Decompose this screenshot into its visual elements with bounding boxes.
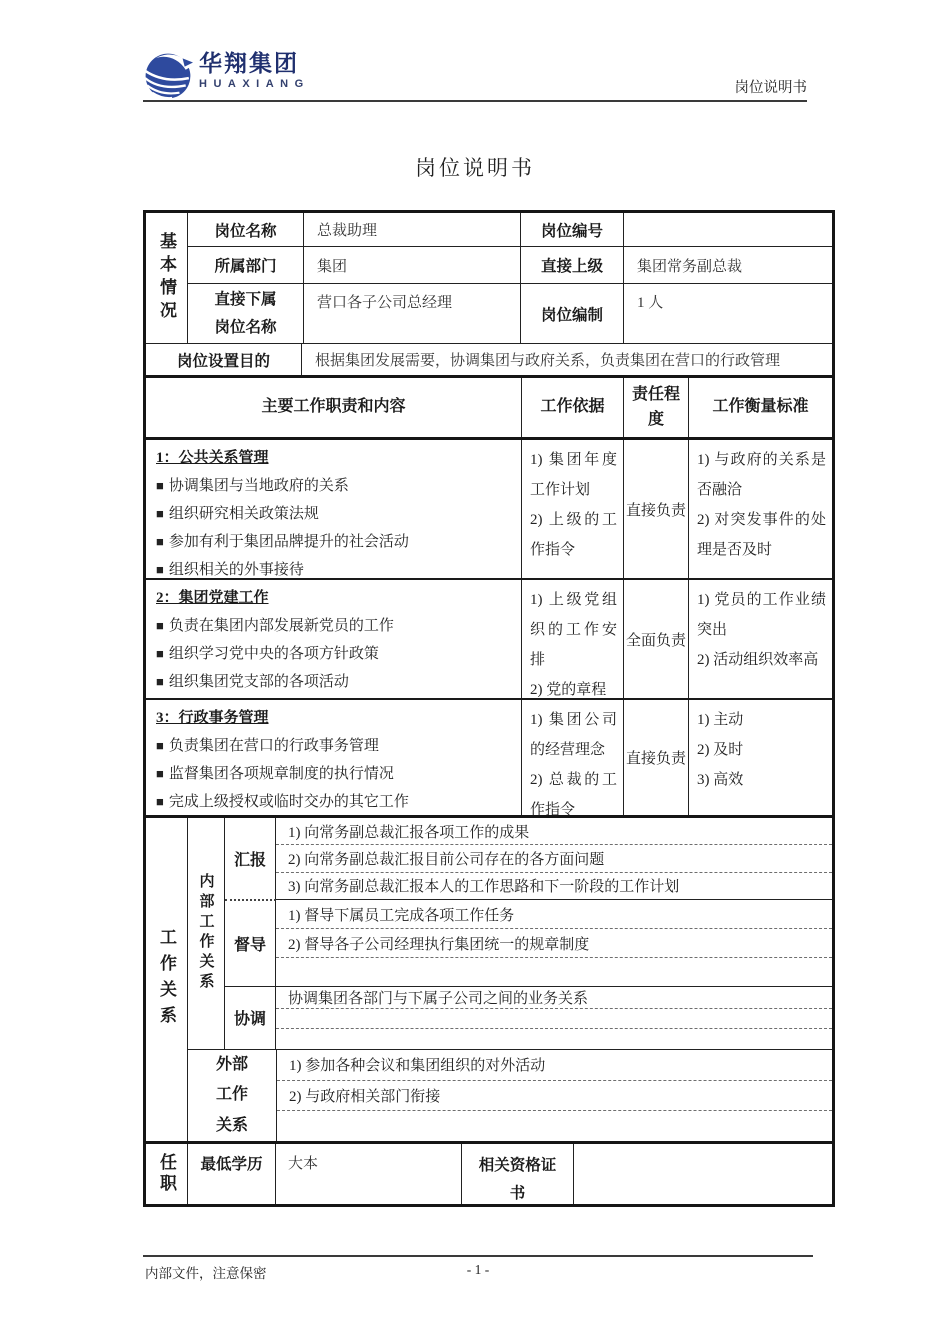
duty-item-text: 负责在集团内部发展新党员的工作	[169, 618, 394, 634]
basis-item: 2) 党的章程	[530, 675, 617, 698]
document-page: 华翔集团 HUAXIANG 岗位说明书 岗位说明书 基本情况 岗位名称 总裁助理…	[0, 0, 950, 1344]
report-group-label: 汇报	[225, 818, 276, 899]
qualification-label: 任职	[154, 1153, 179, 1195]
work-relations-label: 工作关系	[154, 928, 179, 1032]
work-relations-body: 内部工作关系 汇报 1) 向常务副总裁汇报各项工作的成果 2) 向常务副总裁汇报…	[188, 818, 832, 1141]
duty-item-text: 组织研究相关政策法规	[169, 506, 319, 522]
job-code-value	[623, 213, 832, 246]
external-relations-label: 外部工作关系	[213, 1050, 251, 1141]
bullet-icon: ■	[156, 766, 164, 781]
duty-responsibility-cell: 全面负责	[623, 580, 688, 698]
job-title-label: 岗位名称	[188, 213, 303, 246]
page-title: 岗位说明书	[0, 152, 950, 182]
job-description-table: 基本情况 岗位名称 总裁助理 岗位编号 所属部门 集团 直接上级 集团常务副总裁	[143, 210, 835, 1207]
purpose-row: 岗位设置目的 根据集团发展需要，协调集团与政府关系，负责集团在营口的行政管理	[146, 343, 832, 375]
department-value: 集团	[303, 247, 520, 283]
duty-item-text: 监督集团各项规章制度的执行情况	[169, 766, 394, 782]
standard-item: 2) 对突发事件的处理是否及时	[697, 505, 826, 565]
supervise-group-items: 1) 督导下属员工完成各项工作任务 2) 督导各子公司经理执行集团统一的规章制度	[276, 899, 832, 986]
external-relations-block: 外部工作关系 1) 参加各种会议和集团组织的对外活动 2) 与政府相关部门衔接	[188, 1049, 832, 1141]
bullet-icon: ■	[156, 646, 164, 661]
coordinate-group-items: 协调集团各部门与下属子公司之间的业务关系	[276, 986, 832, 1049]
coordinate-group-label: 协调	[225, 986, 276, 1049]
bullet-icon: ■	[156, 478, 164, 493]
duty-item: ■组织相关的外事接待	[156, 556, 511, 578]
bullet-icon: ■	[156, 562, 164, 577]
relation-item	[276, 957, 832, 986]
relation-item: 3) 向常务副总裁汇报本人的工作思路和下一阶段的工作计划	[276, 872, 832, 899]
basis-item: 1) 集团年度工作计划	[530, 445, 617, 505]
relation-group-supervise: 督导 1) 督导下属员工完成各项工作任务 2) 督导各子公司经理执行集团统一的规…	[225, 899, 832, 986]
relation-item: 2) 督导各子公司经理执行集团统一的规章制度	[276, 928, 832, 957]
standard-item: 3) 高效	[697, 765, 826, 795]
standard-item: 2) 及时	[697, 735, 826, 765]
bullet-icon: ■	[156, 534, 164, 549]
duty-item-text: 负责集团在营口的行政事务管理	[169, 738, 379, 754]
certificate-label: 相关资格证书	[461, 1144, 573, 1204]
work-relations-section: 工作关系 内部工作关系 汇报 1) 向常务副总裁汇报各项工作的成果 2) 向常务…	[146, 815, 832, 1141]
duties-standard-header: 工作衡量标准	[688, 378, 832, 437]
duty-item: ■组织研究相关政策法规	[156, 500, 511, 528]
relation-item	[276, 1028, 832, 1048]
supervisor-value: 集团常务副总裁	[623, 247, 832, 283]
relation-item	[276, 1008, 832, 1028]
headcount-label: 岗位编制	[520, 284, 623, 343]
duty-standard-cell: 1) 主动 2) 及时 3) 高效	[688, 700, 832, 815]
duty-item: ■协调集团与当地政府的关系	[156, 472, 511, 500]
purpose-label: 岗位设置目的	[146, 344, 301, 375]
subordinates-value: 营口各子公司总经理	[303, 284, 520, 343]
work-relations-label-cell: 工作关系	[146, 818, 188, 1141]
duties-responsibility-header: 责任程度	[623, 378, 688, 437]
duty-basis-cell: 1) 集团年度工作计划 2) 上级的工作指令	[521, 440, 623, 578]
bullet-icon: ■	[156, 738, 164, 753]
duty-standard-cell: 1) 与政府的关系是否融洽 2) 对突发事件的处理是否及时	[688, 440, 832, 578]
report-group-items: 1) 向常务副总裁汇报各项工作的成果 2) 向常务副总裁汇报目前公司存在的各方面…	[276, 818, 832, 899]
basic-info-section: 基本情况 岗位名称 总裁助理 岗位编号 所属部门 集团 直接上级 集团常务副总裁	[146, 213, 832, 343]
bullet-icon: ■	[156, 794, 164, 809]
duties-content-header: 主要工作职责和内容	[146, 378, 521, 437]
duty-item: ■负责在集团内部发展新党员的工作	[156, 612, 511, 640]
duty-section-title: 3：行政事务管理	[156, 704, 511, 732]
duty-section-2: 2：集团党建工作 ■负责在集团内部发展新党员的工作 ■组织学习党中央的各项方针政…	[146, 578, 832, 698]
duty-item-text: 协调集团与当地政府的关系	[169, 478, 349, 494]
duty-responsibility-cell: 直接负责	[623, 700, 688, 815]
relation-item: 2) 与政府相关部门衔接	[277, 1080, 832, 1111]
logo-chinese-name: 华翔集团	[199, 50, 310, 76]
duty-section-title: 1：公共关系管理	[156, 444, 511, 472]
bullet-icon: ■	[156, 506, 164, 521]
duties-header-row: 主要工作职责和内容 工作依据 责任程度 工作衡量标准	[146, 375, 832, 437]
supervisor-label: 直接上级	[520, 247, 623, 283]
duty-basis-cell: 1) 集团公司的经营理念 2) 总裁的工作指令	[521, 700, 623, 815]
purpose-value: 根据集团发展需要，协调集团与政府关系，负责集团在营口的行政管理	[301, 344, 832, 375]
header-rule	[143, 100, 807, 102]
duty-content-cell: 3：行政事务管理 ■负责集团在营口的行政事务管理 ■监督集团各项规章制度的执行情…	[146, 700, 521, 815]
duty-content-cell: 1：公共关系管理 ■协调集团与当地政府的关系 ■组织研究相关政策法规 ■参加有利…	[146, 440, 521, 578]
qualification-section: 任职 最低学历 大本 相关资格证书	[146, 1141, 832, 1204]
relation-groups: 汇报 1) 向常务副总裁汇报各项工作的成果 2) 向常务副总裁汇报目前公司存在的…	[225, 818, 832, 1049]
standard-item: 1) 主动	[697, 705, 826, 735]
basic-info-section-label-cell: 基本情况	[146, 213, 188, 343]
basis-item: 2) 上级的工作指令	[530, 505, 617, 565]
basis-item: 1) 集团公司的经营理念	[530, 705, 617, 765]
relation-item: 1) 向常务副总裁汇报各项工作的成果	[276, 818, 832, 844]
basic-info-section-label: 基本情况	[154, 232, 179, 324]
basis-item: 1) 上级党组织的工作安排	[530, 585, 617, 675]
duty-standard-cell: 1) 党员的工作业绩突出 2) 活动组织效率高	[688, 580, 832, 698]
table-row: 岗位名称 总裁助理 岗位编号	[188, 213, 832, 246]
duty-item-text: 组织相关的外事接待	[169, 562, 304, 578]
bullet-icon: ■	[156, 674, 164, 689]
standard-item: 2) 活动组织效率高	[697, 645, 826, 675]
external-relations-label-cell: 外部工作关系	[188, 1050, 277, 1141]
duty-basis-cell: 1) 上级党组织的工作安排 2) 党的章程	[521, 580, 623, 698]
education-value: 大本	[275, 1144, 461, 1204]
duty-item-text: 组织学习党中央的各项方针政策	[169, 646, 379, 662]
relation-group-coordinate: 协调 协调集团各部门与下属子公司之间的业务关系	[225, 986, 832, 1049]
basic-info-rows: 岗位名称 总裁助理 岗位编号 所属部门 集团 直接上级 集团常务副总裁 直接下属…	[188, 213, 832, 343]
relation-group-report: 汇报 1) 向常务副总裁汇报各项工作的成果 2) 向常务副总裁汇报目前公司存在的…	[225, 818, 832, 899]
duty-item: ■组织集团党支部的各项活动	[156, 668, 511, 696]
subordinates-label: 直接下属岗位名称	[188, 284, 303, 343]
education-label: 最低学历	[188, 1144, 275, 1204]
duties-basis-header: 工作依据	[521, 378, 623, 437]
duty-item: ■负责集团在营口的行政事务管理	[156, 732, 511, 760]
duty-item: ■完成上级授权或临时交办的其它工作	[156, 788, 511, 815]
internal-relations-label-cell: 内部工作关系	[188, 818, 225, 1049]
relation-item: 1) 督导下属员工完成各项工作任务	[276, 900, 832, 928]
job-code-label: 岗位编号	[520, 213, 623, 246]
table-row: 所属部门 集团 直接上级 集团常务副总裁	[188, 246, 832, 283]
internal-relations-label: 内部工作关系	[196, 873, 217, 993]
external-relations-items: 1) 参加各种会议和集团组织的对外活动 2) 与政府相关部门衔接	[277, 1050, 832, 1141]
relation-item: 协调集团各部门与下属子公司之间的业务关系	[276, 987, 832, 1008]
duty-item: ■监督集团各项规章制度的执行情况	[156, 760, 511, 788]
duty-item-text: 组织集团党支部的各项活动	[169, 674, 349, 690]
duty-item-text: 参加有利于集团品牌提升的社会活动	[169, 534, 409, 550]
duty-responsibility-cell: 直接负责	[623, 440, 688, 578]
table-row: 直接下属岗位名称 营口各子公司总经理 岗位编制 1 人	[188, 283, 832, 343]
duty-section-3: 3：行政事务管理 ■负责集团在营口的行政事务管理 ■监督集团各项规章制度的执行情…	[146, 698, 832, 815]
header-doc-label: 岗位说明书	[143, 76, 807, 97]
duty-section-1: 1：公共关系管理 ■协调集团与当地政府的关系 ■组织研究相关政策法规 ■参加有利…	[146, 437, 832, 578]
job-title-value: 总裁助理	[303, 213, 520, 246]
certificate-value	[573, 1144, 832, 1204]
headcount-value: 1 人	[623, 284, 832, 343]
standard-item: 1) 党员的工作业绩突出	[697, 585, 826, 645]
confidential-note: 内部文件，注意保密	[145, 1262, 267, 1282]
relation-item: 1) 参加各种会议和集团组织的对外活动	[277, 1050, 832, 1080]
duty-section-title: 2：集团党建工作	[156, 584, 511, 612]
duty-item: ■参加有利于集团品牌提升的社会活动	[156, 528, 511, 556]
standard-item: 1) 与政府的关系是否融洽	[697, 445, 826, 505]
duty-item-text: 完成上级授权或临时交办的其它工作	[169, 794, 409, 810]
basis-item: 2) 总裁的工作指令	[530, 765, 617, 815]
bullet-icon: ■	[156, 618, 164, 633]
relation-item	[277, 1110, 832, 1141]
supervise-group-label: 督导	[225, 899, 276, 986]
internal-relations-block: 内部工作关系 汇报 1) 向常务副总裁汇报各项工作的成果 2) 向常务副总裁汇报…	[188, 818, 832, 1049]
qualification-label-cell: 任职	[146, 1144, 188, 1204]
footer-rule	[143, 1255, 813, 1257]
relation-item: 2) 向常务副总裁汇报目前公司存在的各方面问题	[276, 844, 832, 871]
department-label: 所属部门	[188, 247, 303, 283]
duty-item: ■组织学习党中央的各项方针政策	[156, 640, 511, 668]
duty-content-cell: 2：集团党建工作 ■负责在集团内部发展新党员的工作 ■组织学习党中央的各项方针政…	[146, 580, 521, 698]
